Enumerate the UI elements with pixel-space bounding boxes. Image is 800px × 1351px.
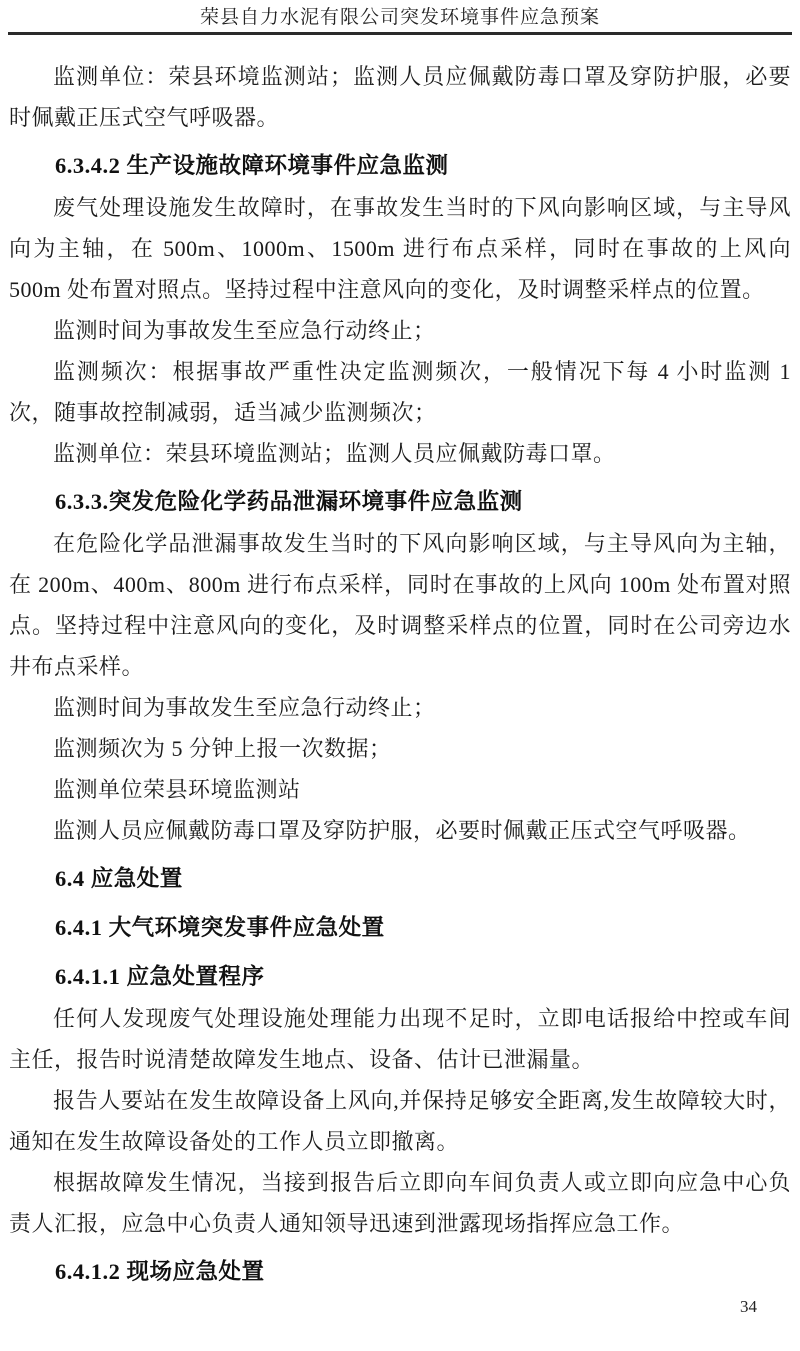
section-heading: 6.4.1 大气环境突发事件应急处置 <box>9 906 791 949</box>
body-paragraph: 监测频次为 5 分钟上报一次数据； <box>9 728 791 769</box>
body-paragraph: 监测频次：根据事故严重性决定监测频次，一般情况下每 4 小时监测 1 次，随事故… <box>9 351 791 433</box>
section-heading: 6.3.4.2 生产设施故障环境事件应急监测 <box>9 144 791 187</box>
header-title: 荣县自力水泥有限公司突发环境事件应急预案 <box>200 7 600 28</box>
body-paragraph: 监测人员应佩戴防毒口罩及穿防护服，必要时佩戴正压式空气呼吸器。 <box>9 810 791 851</box>
body-paragraph: 任何人发现废气处理设施处理能力出现不足时，立即电话报给中控或车间主任，报告时说清… <box>9 998 791 1080</box>
section-heading: 6.4.1.2 现场应急处置 <box>9 1250 791 1293</box>
body-paragraph: 根据故障发生情况，当接到报告后立即向车间负责人或立即向应急中心负责人汇报，应急中… <box>9 1162 791 1244</box>
page-number: 34 <box>740 1297 757 1317</box>
body-paragraph: 监测单位：荣县环境监测站；监测人员应佩戴防毒口罩。 <box>9 433 791 474</box>
body-paragraph: 废气处理设施发生故障时，在事故发生当时的下风向影响区域，与主导风向为主轴，在 5… <box>9 187 791 310</box>
body-paragraph: 报告人要站在发生故障设备上风向,并保持足够安全距离,发生故障较大时，通知在发生故… <box>9 1080 791 1162</box>
body-paragraph: 监测时间为事故发生至应急行动终止； <box>9 310 791 351</box>
body-paragraph: 监测时间为事故发生至应急行动终止； <box>9 687 791 728</box>
body-paragraph: 在危险化学品泄漏事故发生当时的下风向影响区域，与主导风向为主轴，在 200m、4… <box>9 523 791 687</box>
body-paragraph: 监测单位：荣县环境监测站；监测人员应佩戴防毒口罩及穿防护服，必要时佩戴正压式空气… <box>9 56 791 138</box>
section-heading: 6.3.3.突发危险化学药品泄漏环境事件应急监测 <box>9 480 791 523</box>
section-heading: 6.4 应急处置 <box>9 857 791 900</box>
body-paragraph: 监测单位荣县环境监测站 <box>9 769 791 810</box>
document-body: 监测单位：荣县环境监测站；监测人员应佩戴防毒口罩及穿防护服，必要时佩戴正压式空气… <box>0 35 800 1293</box>
page-header: 荣县自力水泥有限公司突发环境事件应急预案 <box>8 0 792 35</box>
document-page: 荣县自力水泥有限公司突发环境事件应急预案 监测单位：荣县环境监测站；监测人员应佩… <box>0 0 800 1351</box>
section-heading: 6.4.1.1 应急处置程序 <box>9 955 791 998</box>
